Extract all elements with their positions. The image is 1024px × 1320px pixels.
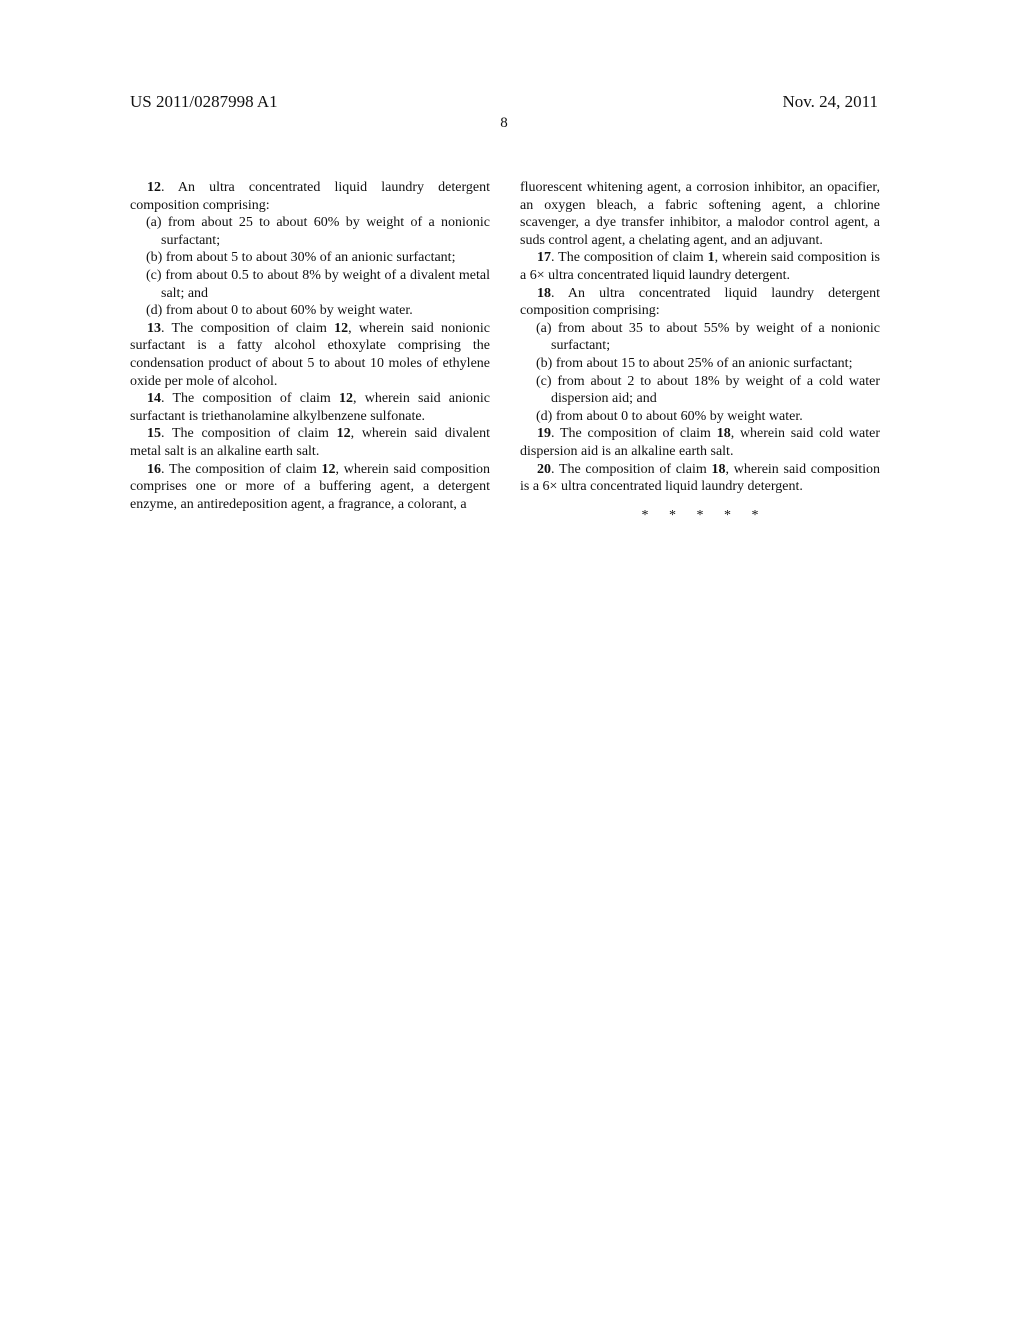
publication-date: Nov. 24, 2011 — [782, 92, 878, 112]
claim-subitem: (d) from about 0 to about 60% by weight … — [520, 408, 880, 426]
publication-number: US 2011/0287998 A1 — [130, 92, 278, 112]
claim-paragraph: 12. An ultra concentrated liquid laundry… — [130, 179, 490, 214]
claim-subitem: (a) from about 35 to about 55% by weight… — [520, 320, 880, 355]
claim-paragraph: 20. The composition of claim 18, wherein… — [520, 461, 880, 496]
continued-paragraph: fluorescent whitening agent, a corrosion… — [520, 179, 880, 249]
claim-subitem: (c) from about 2 to about 18% by weight … — [520, 373, 880, 408]
claim-paragraph: 16. The composition of claim 12, wherein… — [130, 461, 490, 514]
claims-body: 12. An ultra concentrated liquid laundry… — [130, 179, 880, 524]
page-header: US 2011/0287998 A1 Nov. 24, 2011 — [130, 92, 878, 112]
right-column-paragraphs: fluorescent whitening agent, a corrosion… — [520, 179, 880, 496]
claim-subitem: (b) from about 5 to about 30% of an anio… — [130, 249, 490, 267]
left-column: 12. An ultra concentrated liquid laundry… — [130, 179, 490, 524]
claim-paragraph: 14. The composition of claim 12, wherein… — [130, 390, 490, 425]
claim-subitem: (b) from about 15 to about 25% of an ani… — [520, 355, 880, 373]
claim-paragraph: 17. The composition of claim 1, wherein … — [520, 249, 880, 284]
claim-paragraph: 19. The composition of claim 18, wherein… — [520, 425, 880, 460]
claim-paragraph: 18. An ultra concentrated liquid laundry… — [520, 285, 880, 320]
patent-page: US 2011/0287998 A1 Nov. 24, 2011 8 12. A… — [0, 0, 1024, 1320]
claim-paragraph: 15. The composition of claim 12, wherein… — [130, 425, 490, 460]
end-of-claims-marker: * * * * * — [520, 507, 880, 525]
claim-subitem: (a) from about 25 to about 60% by weight… — [130, 214, 490, 249]
claim-subitem: (d) from about 0 to about 60% by weight … — [130, 302, 490, 320]
claim-paragraph: 13. The composition of claim 12, wherein… — [130, 320, 490, 390]
claim-subitem: (c) from about 0.5 to about 8% by weight… — [130, 267, 490, 302]
page-number: 8 — [130, 113, 878, 133]
right-column: fluorescent whitening agent, a corrosion… — [520, 179, 880, 524]
